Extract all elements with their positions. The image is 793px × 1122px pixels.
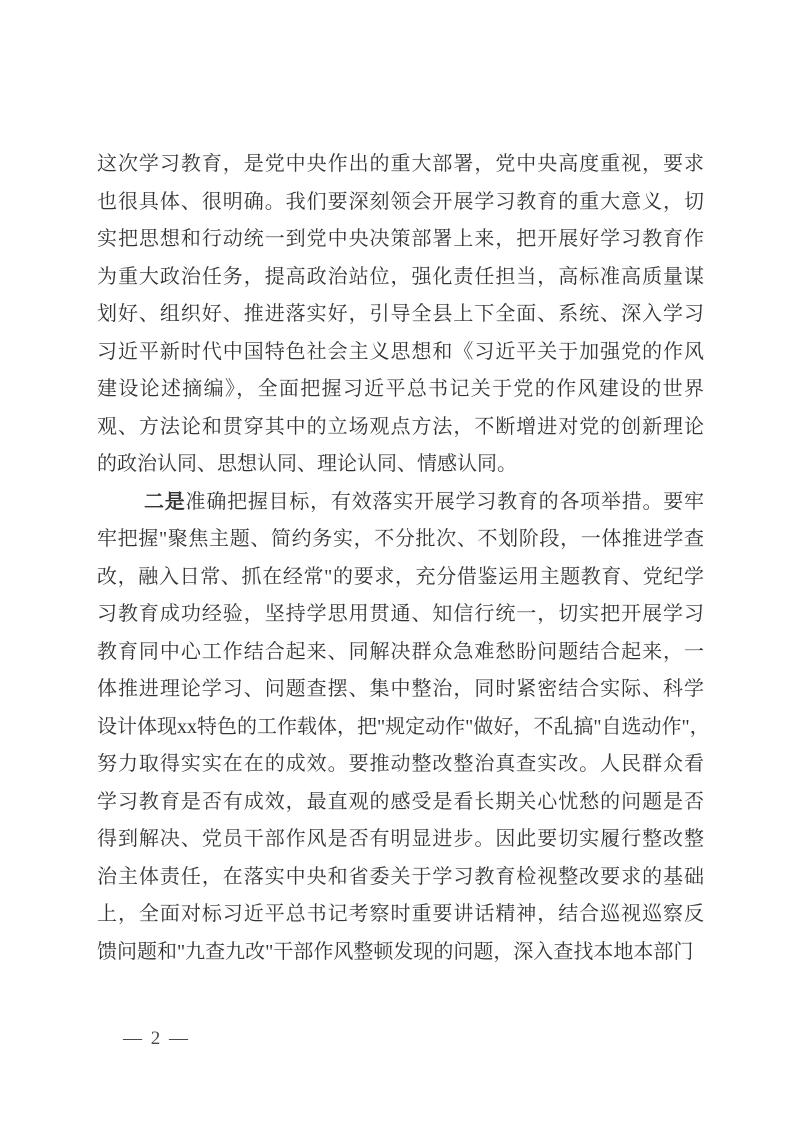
text-line: 二是准确把握目标，有效落实开展学习教育的各项举措。要牢 bbox=[97, 484, 704, 522]
text-line: 得到解决、党员干部作风是否有明显进步。因此要切实履行整改整 bbox=[97, 821, 704, 859]
text-line: 也很具体、很明确。我们要深刻领会开展学习教育的重大意义，切 bbox=[97, 184, 704, 222]
text-line: 治主体责任，在落实中央和省委关于学习教育检视整改要求的基础 bbox=[97, 859, 704, 897]
document-body: 这次学习教育，是党中央作出的重大部署，党中央高度重视，要求也很具体、很明确。我们… bbox=[97, 146, 704, 971]
text-line: 上，全面对标习近平总书记考察时重要讲话精神，结合巡视巡察反 bbox=[97, 896, 704, 934]
text-line: 馈问题和"九查九改"干部作风整顿发现的问题，深入查找本地本部门 bbox=[97, 934, 704, 972]
text-line: 改，融入日常、抓在经常"的要求，充分借鉴运用主题教育、党纪学 bbox=[97, 559, 704, 597]
paragraph-lead-bold: 二是 bbox=[144, 491, 186, 513]
text-line: 为重大政治任务，提高政治站位，强化责任担当，高标准高质量谋 bbox=[97, 259, 704, 297]
text-line: 这次学习教育，是党中央作出的重大部署，党中央高度重视，要求 bbox=[97, 146, 704, 184]
document-page: 这次学习教育，是党中央作出的重大部署，党中央高度重视，要求也很具体、很明确。我们… bbox=[0, 0, 793, 1122]
text-line: 观、方法论和贯穿其中的立场观点方法，不断增进对党的创新理论 bbox=[97, 409, 704, 447]
text-line: 学习教育是否有成效，最直观的感受是看长期关心忧愁的问题是否 bbox=[97, 784, 704, 822]
text-line: 努力取得实实在在的成效。要推动整改整治真查实改。人民群众看 bbox=[97, 746, 704, 784]
text-line: 教育同中心工作结合起来、同解决群众急难愁盼问题结合起来，一 bbox=[97, 634, 704, 672]
text-line: 习近平新时代中国特色社会主义思想和《习近平关于加强党的作风 bbox=[97, 334, 704, 372]
text-line: 设计体现xx特色的工作载体，把"规定动作"做好，不乱搞"自选动作"， bbox=[97, 709, 704, 747]
text-line: 的政治认同、思想认同、理论认同、情感认同。 bbox=[97, 446, 704, 484]
text-line: 体推进理论学习、问题查摆、集中整治，同时紧密结合实际、科学 bbox=[97, 671, 704, 709]
text-line: 划好、组织好、推进落实好，引导全县上下全面、系统、深入学习 bbox=[97, 296, 704, 334]
text-line: 牢把握"聚焦主题、简约务实，不分批次、不划阶段，一体推进学查 bbox=[97, 521, 704, 559]
text-line: 实把思想和行动统一到党中央决策部署上来，把开展好学习教育作 bbox=[97, 221, 704, 259]
page-number: — 2 — bbox=[123, 1028, 190, 1050]
text-line: 建设论述摘编》，全面把握习近平总书记关于党的作风建设的世界 bbox=[97, 371, 704, 409]
text-line: 习教育成功经验，坚持学思用贯通、知信行统一，切实把开展学习 bbox=[97, 596, 704, 634]
